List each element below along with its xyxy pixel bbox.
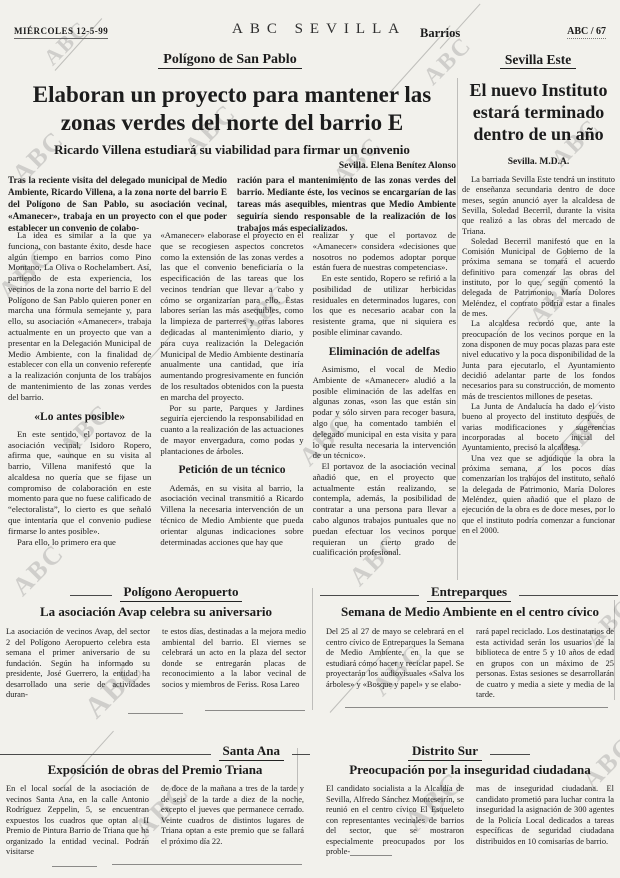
page-number: ABC / 67 (567, 26, 606, 39)
paragraph: En este sentido, Ropero se refirió a la … (313, 273, 456, 338)
kicker-distrito-sur: Distrito Sur (320, 743, 618, 761)
rule (320, 595, 419, 596)
newspaper-page: ABC ABC ABC ABC ABC ABC ABC ABC ABC ABC … (0, 0, 620, 878)
kicker-sevilla-este: Sevilla Este (460, 52, 616, 68)
paragraph: La idea es similar a la que ya funciona,… (8, 230, 151, 403)
kicker-label: Polígono de San Pablo (158, 52, 301, 69)
paragraph: Asimismo, el vocal de Medio Ambiente de … (313, 364, 456, 461)
rule (205, 710, 305, 711)
kicker-entreparques: Entreparques (320, 584, 618, 602)
kicker-poligono-san-pablo: Polígono de San Pablo (60, 52, 400, 68)
right-headline: El nuevo Instituto estará terminado dent… (462, 80, 615, 146)
column-divider (457, 78, 458, 580)
body-column-2: mas de inseguridad ciudadana. El candida… (476, 784, 614, 862)
body-column-1: Del 25 al 27 de mayo se celebrará en el … (326, 627, 464, 711)
paragraph: Por su parte, Parques y Jardines seguirí… (160, 403, 303, 457)
column-divider (614, 600, 615, 700)
paragraph: realizar y que el portavoz de «Amanecer»… (313, 230, 456, 273)
rule (345, 707, 608, 708)
body-column-1: La asociación de vecinos Avap, del secto… (6, 627, 150, 711)
main-byline: Sevilla. Elena Benítez Alonso (230, 161, 456, 171)
kicker-label: Polígono Aeropuerto (120, 584, 243, 602)
kicker-poligono-aeropuerto: Polígono Aeropuerto (0, 584, 312, 602)
rule (0, 754, 211, 755)
main-lead: Tras la reciente visita del delegado mun… (8, 175, 456, 235)
entreparques-headline: Semana de Medio Ambiente en el centro cí… (322, 604, 618, 620)
santa-ana-body: En el local social de la asociación de v… (6, 784, 304, 862)
main-subheadline: Ricardo Villena estudiará su viabilidad … (8, 142, 456, 158)
kicker-label: Entreparques (427, 584, 511, 602)
main-headline: Elaboran un proyecto para mantener las z… (8, 81, 456, 136)
paragraph: En este sentido, el portavoz de la asoci… (8, 429, 151, 537)
section-title: Barrios (420, 26, 460, 41)
body-column-3: realizar y que el portavoz de «Amanecer»… (313, 230, 456, 582)
rule (519, 595, 618, 596)
masthead: ABC SEVILLA (232, 21, 406, 38)
right-body: La barriada Sevilla Este tendrá un insti… (462, 175, 615, 536)
page-date: MIÉRCOLES 12-5-99 (14, 26, 108, 39)
paragraph: Además, en su visita al barrio, la asoci… (160, 483, 303, 548)
column-divider (297, 748, 298, 812)
rule (52, 866, 97, 867)
rule (292, 754, 310, 755)
aeropuerto-headline: La asociación Avap celebra su aniversari… (4, 604, 308, 620)
kicker-label: Sevilla Este (500, 52, 576, 69)
column-subhead: Eliminación de adelfas (313, 345, 456, 359)
rule (128, 713, 183, 714)
rule (350, 855, 392, 856)
body-column-1: En el local social de la asociación de v… (6, 784, 149, 862)
paragraph: Para ello, lo primero era que (8, 537, 151, 548)
paragraph: La barriada Sevilla Este tendrá un insti… (462, 175, 615, 237)
santa-ana-headline: Exposición de obras del Premio Triana (4, 762, 306, 778)
lead-column-1: Tras la reciente visita del delegado mun… (8, 175, 227, 235)
body-column-2: rará papel reciclado. Los destinatarios … (476, 627, 614, 711)
kicker-label: Santa Ana (219, 743, 284, 761)
column-subhead: «Lo antes posible» (8, 410, 151, 424)
right-byline: Sevilla. M.D.A. (462, 157, 615, 167)
distrito-sur-body: El candidato socialista a la Alcaldía de… (326, 784, 614, 862)
body-column-2: de doce de la mañana a tres de la tarde … (161, 784, 304, 862)
paragraph: La alcaldesa recordó que, ante la preocu… (462, 319, 615, 402)
paragraph: «Amanecer» elaborase el proyecto en el q… (160, 230, 303, 403)
paragraph: La Junta de Andalucía ha dado el visto b… (462, 402, 615, 454)
paragraph: El portavoz de la asociación vecinal aña… (313, 461, 456, 558)
entreparques-body: Del 25 al 27 de mayo se celebrará en el … (326, 627, 614, 711)
rule (112, 864, 302, 865)
column-divider (312, 588, 313, 710)
sevilla-este-article: El nuevo Instituto estará terminado dent… (462, 80, 615, 536)
body-column-1: El candidato socialista a la Alcaldía de… (326, 784, 464, 862)
body-column-1: La idea es similar a la que ya funciona,… (8, 230, 151, 582)
distrito-sur-headline: Preocupación por la inseguridad ciudadan… (322, 762, 618, 778)
paragraph: Una vez que se adjudique la obra la próx… (462, 454, 615, 537)
aeropuerto-body: La asociación de vecinos Avap, del secto… (6, 627, 306, 711)
column-subhead: Petición de un técnico (160, 463, 303, 477)
rule (490, 754, 530, 755)
kicker-santa-ana: Santa Ana (0, 743, 310, 761)
rule (70, 595, 112, 596)
body-column-2: te estos días, destinadas a la mejora me… (162, 627, 306, 711)
lead-column-2: ración para el mantenimiento de las zona… (237, 175, 456, 235)
paragraph: Soledad Becerril manifestó que en la Com… (462, 237, 615, 320)
body-column-2: «Amanecer» elaborase el proyecto en el q… (160, 230, 303, 582)
main-body: La idea es similar a la que ya funciona,… (8, 230, 456, 582)
kicker-label: Distrito Sur (408, 743, 482, 761)
